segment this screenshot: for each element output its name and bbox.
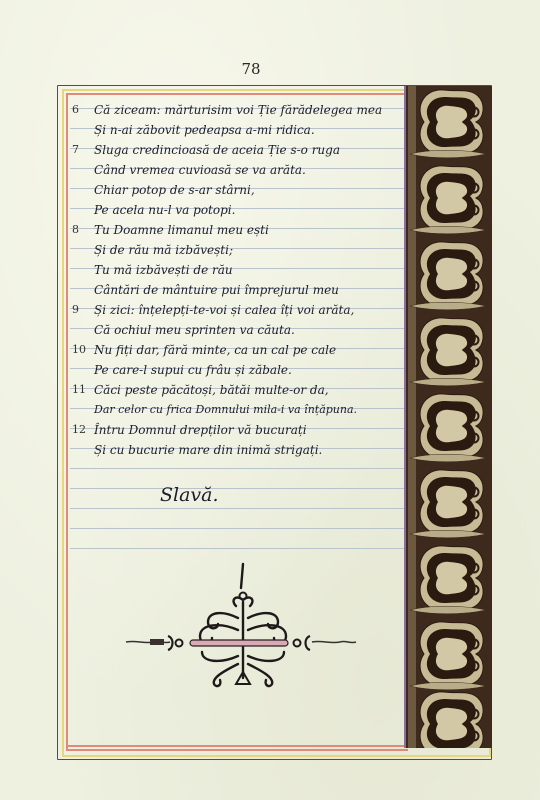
verse-text: Și n-ai zăbovit pedeapsa a-mi ridica. bbox=[94, 120, 315, 140]
verse-text: Pe care-l supui cu frâu și zăbale. bbox=[94, 360, 292, 380]
psalm-text: 6Că ziceam: mărturisim voi Ție fărădeleg… bbox=[70, 100, 404, 460]
verse-line: 11Căci peste păcătoși, bătăi multe-or da… bbox=[70, 380, 404, 400]
heart-scroll-frieze-icon bbox=[404, 86, 492, 748]
verse-text: Întru Domnul drepților vă bucurați bbox=[94, 420, 307, 440]
verse-text: Tu Doamne limanul meu ești bbox=[94, 220, 269, 240]
verse-text: Că ziceam: mărturisim voi Ție fărădelege… bbox=[94, 100, 382, 120]
verse-line: Dar celor cu frica Domnului mila-i va în… bbox=[70, 400, 404, 420]
verse-text: Cântări de mântuire pui împrejurul meu bbox=[94, 280, 339, 300]
verse-line: Când vremea cuvioasă se va arăta. bbox=[70, 160, 404, 180]
verse-line: Pe care-l supui cu frâu și zăbale. bbox=[70, 360, 404, 380]
tailpiece-svg bbox=[110, 560, 370, 720]
verse-line: Cântări de mântuire pui împrejurul meu bbox=[70, 280, 404, 300]
verse-text: Când vremea cuvioasă se va arăta. bbox=[94, 160, 306, 180]
verse-number: 8 bbox=[72, 220, 88, 240]
verse-line: Și de rău mă izbăvești; bbox=[70, 240, 404, 260]
verse-line: 7Sluga credincioasă de aceia Ție s-o rug… bbox=[70, 140, 404, 160]
ruled-line bbox=[70, 488, 404, 489]
verse-text: Dar celor cu frica Domnului mila-i va în… bbox=[94, 400, 357, 420]
ruled-line bbox=[70, 528, 404, 529]
verse-text: Nu fiți dar, fără minte, ca un cal pe ca… bbox=[94, 340, 336, 360]
verse-line: 6Că ziceam: mărturisim voi Ție fărădeleg… bbox=[70, 100, 404, 120]
verse-number: 10 bbox=[72, 340, 88, 360]
verse-number: 6 bbox=[72, 100, 88, 120]
ruled-line bbox=[70, 548, 404, 549]
verse-text: Pe acela nu-l va potopi. bbox=[94, 200, 235, 220]
verse-line: 12Întru Domnul drepților vă bucurați bbox=[70, 420, 404, 440]
verse-text: Sluga credincioasă de aceia Ție s-o ruga bbox=[94, 140, 340, 160]
verse-number: 7 bbox=[72, 140, 88, 160]
verse-number: 9 bbox=[72, 300, 88, 320]
verse-text: Și cu bucurie mare din inimă strigați. bbox=[94, 440, 322, 460]
frieze-motifs-icon bbox=[406, 86, 492, 748]
verse-text: Tu mă izbăvești de rău bbox=[94, 260, 233, 280]
ruled-line bbox=[70, 468, 404, 469]
verse-text: Că ochiul meu sprinten va căuta. bbox=[94, 320, 295, 340]
verse-number: 12 bbox=[72, 420, 88, 440]
flourish-tailpiece-icon bbox=[110, 560, 370, 720]
verse-line: Chiar potop de s-ar stârni, bbox=[70, 180, 404, 200]
verse-line: Pe acela nu-l va potopi. bbox=[70, 200, 404, 220]
verse-text: Și de rău mă izbăvești; bbox=[94, 240, 233, 260]
verse-text: Și zici: înțelepți-te-voi și calea îți v… bbox=[94, 300, 354, 320]
verse-line: Și cu bucurie mare din inimă strigați. bbox=[70, 440, 404, 460]
verse-text: Chiar potop de s-ar stârni, bbox=[94, 180, 255, 200]
verse-number: 11 bbox=[72, 380, 88, 400]
page-number: 78 bbox=[236, 60, 266, 78]
closing-doxology: Slavă. bbox=[160, 484, 219, 506]
verse-text: Căci peste păcătoși, bătăi multe-or da, bbox=[94, 380, 329, 400]
verse-line: Tu mă izbăvești de rău bbox=[70, 260, 404, 280]
ruled-line bbox=[70, 508, 404, 509]
verse-line: Și n-ai zăbovit pedeapsa a-mi ridica. bbox=[70, 120, 404, 140]
verse-line: 9Și zici: înțelepți-te-voi și calea îți … bbox=[70, 300, 404, 320]
verse-line: Că ochiul meu sprinten va căuta. bbox=[70, 320, 404, 340]
verse-line: 8Tu Doamne limanul meu ești bbox=[70, 220, 404, 240]
verse-line: 10Nu fiți dar, fără minte, ca un cal pe … bbox=[70, 340, 404, 360]
